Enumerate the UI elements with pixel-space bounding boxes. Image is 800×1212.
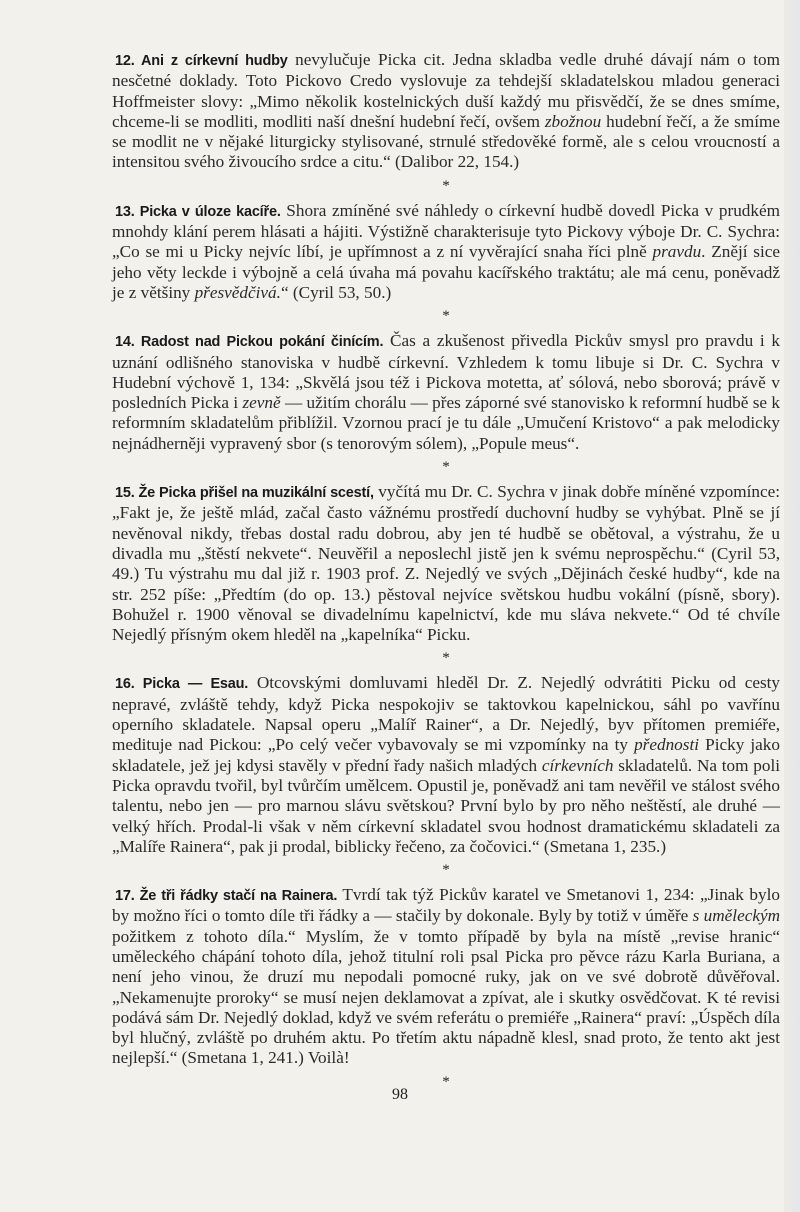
- section-divider: *: [112, 651, 780, 665]
- section-14: 14. Radost nad Pickou pokání činícím. Ča…: [112, 331, 780, 454]
- section-divider: *: [112, 179, 780, 193]
- emphasis-text: zbožnou: [545, 112, 601, 131]
- body-text: “ (Cyril 53, 50.): [281, 283, 391, 302]
- emphasis-text: církevních: [542, 756, 614, 775]
- section-heading: 14. Radost nad Pickou pokání činícím.: [112, 334, 383, 350]
- section-divider: *: [112, 460, 780, 474]
- body-text: požitkem z tohoto díla.“ Myslím, že v to…: [112, 927, 780, 1068]
- section-16: 16. Picka — Esau. Otcovskými domluvami h…: [112, 673, 780, 857]
- section-17: 17. Že tři řádky stačí na Rainera. Tvrdí…: [112, 885, 780, 1069]
- section-15: 15. Že Picka přišel na muzikální scestí,…: [112, 482, 780, 645]
- section-heading: 17. Že tři řádky stačí na Rainera.: [112, 888, 337, 904]
- section-12: 12. Ani z církevní hudby nevylučuje Pick…: [112, 50, 780, 173]
- section-divider: *: [112, 863, 780, 877]
- emphasis-text: s uměleckým: [693, 906, 780, 925]
- section-heading: 13. Picka v úloze kacíře.: [112, 204, 281, 220]
- section-heading: 16. Picka — Esau.: [112, 676, 248, 692]
- section-heading: 15. Že Picka přišel na muzikální scestí,: [112, 485, 374, 501]
- section-divider: *: [112, 309, 780, 323]
- emphasis-text: přesvědčivá.: [195, 283, 281, 302]
- emphasis-text: přednosti: [634, 735, 699, 754]
- page-number: 98: [0, 1086, 800, 1104]
- section-heading: 12. Ani z církevní hudby: [112, 53, 288, 69]
- body-text: vyčítá mu Dr. C. Sychra v jinak dobře mí…: [112, 482, 780, 644]
- emphasis-text: zevně: [242, 393, 280, 412]
- emphasis-text: pravdu: [652, 242, 701, 261]
- book-page: 12. Ani z církevní hudby nevylučuje Pick…: [112, 50, 780, 1097]
- section-13: 13. Picka v úloze kacíře. Shora zmíněné …: [112, 201, 780, 303]
- page-edge: [784, 0, 800, 1212]
